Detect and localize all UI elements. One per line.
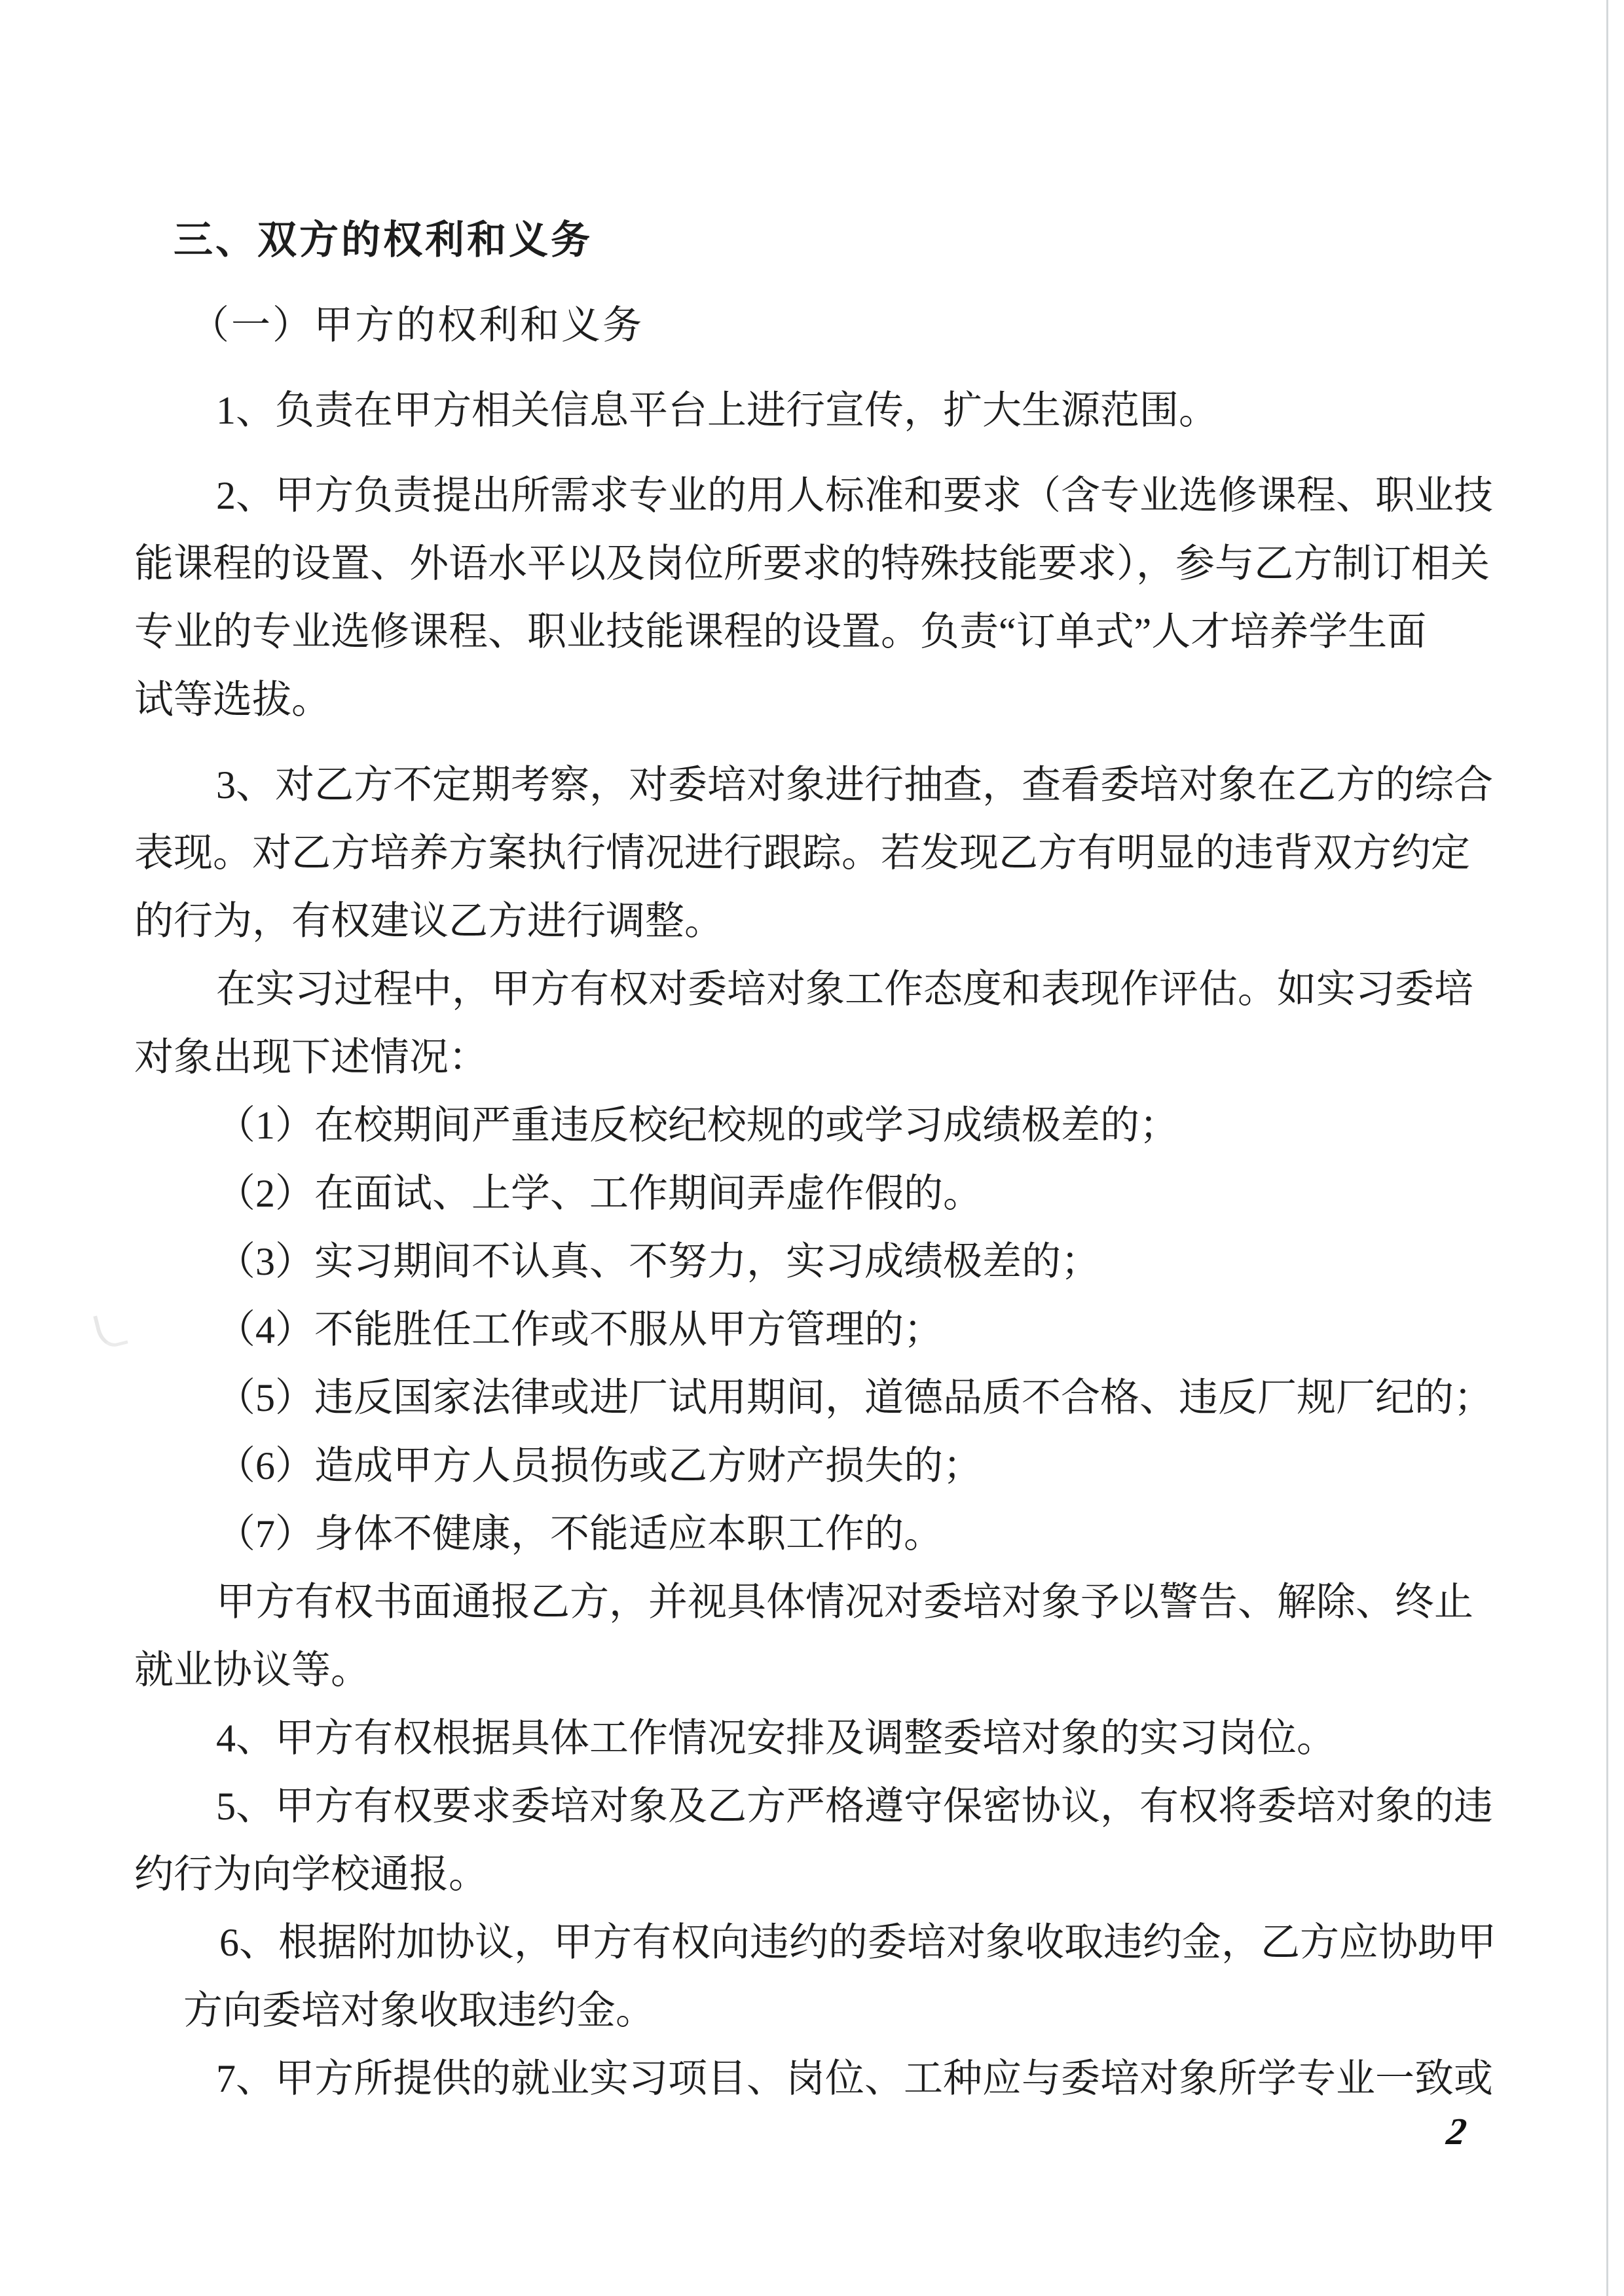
text-line: 试等选拔。: [134, 666, 1542, 734]
paragraph-case-1: （1）在校期间严重违反校纪校规的或学习成绩极差的；: [134, 1091, 1542, 1159]
paragraph-evaluation-note: 在实习过程中，甲方有权对委培对象工作态度和表现作评估。如实习委培 对象出现下述情…: [134, 955, 1542, 1091]
paragraph-case-2: （2）在面试、上学、工作期间弄虚作假的。: [134, 1159, 1542, 1228]
text-line: 3、对乙方不定期考察，对委培对象进行抽查，查看委培对象在乙方的综合: [134, 751, 1542, 819]
page-number: 2: [1444, 2109, 1469, 2153]
text-line: （2）在面试、上学、工作期间弄虚作假的。: [134, 1159, 1542, 1228]
text-line: 约行为向学校通报。: [134, 1840, 1542, 1908]
text-line: （3）实习期间不认真、不努力，实习成绩极差的；: [134, 1228, 1542, 1296]
text-line: 2、甲方负责提出所需求专业的用人标准和要求（含专业选修课程、职业技: [134, 462, 1542, 530]
text-line: 方向委培对象收取违约金。: [134, 1977, 1542, 2045]
text-line: 6、根据附加协议，甲方有权向违约的委培对象收取违约金，乙方应协助甲: [134, 1908, 1542, 1977]
document-content: 三、双方的权利和义务 （一）甲方的权利和义务 1、负责在甲方相关信息平台上进行宣…: [134, 206, 1542, 2113]
paragraph-section-heading: 三、双方的权利和义务: [134, 206, 1542, 274]
text-line: 表现。对乙方培养方案执行情况进行跟踪。若发现乙方有明显的违背双方约定: [134, 819, 1542, 887]
paragraph-case-7: （7）身体不健康，不能适应本职工作的。: [134, 1500, 1542, 1568]
text-line: （6）造成甲方人员损伤或乙方财产损失的；: [134, 1432, 1542, 1500]
text-line: （1）在校期间严重违反校纪校规的或学习成绩极差的；: [134, 1091, 1542, 1159]
text-line: （4）不能胜任工作或不服从甲方管理的；: [134, 1296, 1542, 1364]
text-line: （7）身体不健康，不能适应本职工作的。: [134, 1500, 1542, 1568]
paragraph-case-5: （5）违反国家法律或进厂试用期间，道德品质不合格、违反厂规厂纪的；: [134, 1364, 1542, 1432]
paragraph-case-3: （3）实习期间不认真、不努力，实习成绩极差的；: [134, 1228, 1542, 1296]
text-line: 对象出现下述情况：: [134, 1023, 1542, 1091]
paragraph-notify-note: 甲方有权书面通报乙方，并视具体情况对委培对象予以警告、解除、终止 就业协议等。: [134, 1568, 1542, 1704]
text-line: 5、甲方有权要求委培对象及乙方严格遵守保密协议，有权将委培对象的违: [134, 1772, 1542, 1840]
text-line: 7、甲方所提供的就业实习项目、岗位、工种应与委培对象所学专业一致或: [134, 2045, 1542, 2113]
paragraph-case-4: （4）不能胜任工作或不服从甲方管理的；: [134, 1296, 1542, 1364]
paragraph-item-3: 3、对乙方不定期考察，对委培对象进行抽查，查看委培对象在乙方的综合 表现。对乙方…: [134, 751, 1542, 955]
paragraph-case-6: （6）造成甲方人员损伤或乙方财产损失的；: [134, 1432, 1542, 1500]
text-line: 4、甲方有权根据具体工作情况安排及调整委培对象的实习岗位。: [134, 1704, 1542, 1772]
text-line: 就业协议等。: [134, 1636, 1542, 1704]
paragraph-item-1: 1、负责在甲方相关信息平台上进行宣传，扩大生源范围。: [134, 376, 1542, 445]
text-line: 在实习过程中，甲方有权对委培对象工作态度和表现作评估。如实习委培: [134, 955, 1542, 1023]
paragraph-item-4: 4、甲方有权根据具体工作情况安排及调整委培对象的实习岗位。: [134, 1704, 1542, 1772]
scan-smudge-artifact: [93, 1310, 128, 1351]
text-line: （5）违反国家法律或进厂试用期间，道德品质不合格、违反厂规厂纪的；: [134, 1364, 1542, 1432]
text-line: 的行为，有权建议乙方进行调整。: [134, 887, 1542, 955]
paragraph-item-2: 2、甲方负责提出所需求专业的用人标准和要求（含专业选修课程、职业技 能课程的设置…: [134, 462, 1542, 734]
section-heading: 三、双方的权利和义务: [134, 206, 1542, 274]
paragraph-item-6: 6、根据附加协议，甲方有权向违约的委培对象收取违约金，乙方应协助甲 方向委培对象…: [134, 1908, 1542, 2045]
paragraph-item-7: 7、甲方所提供的就业实习项目、岗位、工种应与委培对象所学专业一致或: [134, 2045, 1542, 2113]
scan-edge-line-artifact: [1606, 0, 1608, 2296]
paragraph-item-5: 5、甲方有权要求委培对象及乙方严格遵守保密协议，有权将委培对象的违 约行为向学校…: [134, 1772, 1542, 1908]
scanned-document-page: 三、双方的权利和义务 （一）甲方的权利和义务 1、负责在甲方相关信息平台上进行宣…: [0, 0, 1624, 2296]
sub-heading: （一）甲方的权利和义务: [134, 291, 1542, 359]
text-line: 专业的专业选修课程、职业技能课程的设置。负责“订单式”人才培养学生面: [134, 598, 1542, 666]
paragraph-sub-heading: （一）甲方的权利和义务: [134, 291, 1542, 359]
text-line: 能课程的设置、外语水平以及岗位所要求的特殊技能要求），参与乙方制订相关: [134, 530, 1542, 598]
text-line: 1、负责在甲方相关信息平台上进行宣传，扩大生源范围。: [134, 376, 1542, 445]
text-line: 甲方有权书面通报乙方，并视具体情况对委培对象予以警告、解除、终止: [134, 1568, 1542, 1636]
